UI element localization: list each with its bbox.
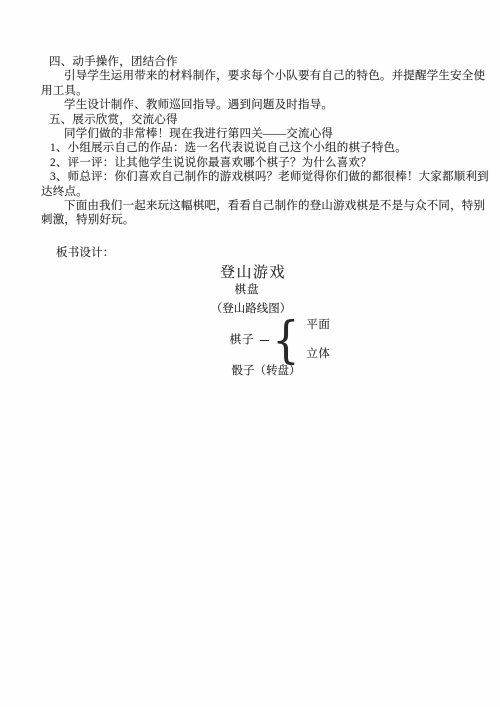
connector-line (260, 340, 269, 341)
numbered-item-3: 3、师总评：你们喜欢自己制作的游戏棋吗？老师觉得你们做的都很棒！大家都顺利到 (0, 170, 500, 184)
board-design-section: 板书设计： 登山游戏 棋盘 （登山路线图） 棋子 { 平面 立体 骰子（转盘） (0, 246, 500, 378)
board-item-chessboard: 棋盘 (0, 283, 497, 297)
lesson-steps-section: 四、动手操作，团结合作 引导学生运用带来的材料制作，要求每个小队要有自己的特色。… (0, 55, 500, 228)
left-curly-brace-icon: { (272, 318, 299, 362)
board-title: 登山游戏 (3, 264, 500, 282)
piece-option-flat: 平面 (306, 319, 330, 332)
scanned-lesson-plan-page: 四、动手操作，团结合作 引导学生运用带来的材料制作，要求每个小队要有自己的特色。… (0, 0, 500, 707)
piece-option-solid: 立体 (306, 348, 330, 361)
paragraph-guide-materials-wrap: 用工具。 (0, 84, 500, 98)
section-heading-five: 五、展示欣赏，交流心得 (0, 113, 500, 127)
numbered-item-1: 1、小组展示自己的作品：选一名代表说说自己这个小组的棋子特色。 (0, 141, 500, 155)
section-heading-four: 四、动手操作，团结合作 (0, 55, 500, 69)
board-item-route-map: （登山路线图） (1, 302, 500, 316)
paragraph-student-design: 学生设计制作、教师巡回指导。遇到问题及时指导。 (0, 98, 500, 112)
paragraph-play-game-wrap: 刺激，特别好玩。 (0, 213, 500, 227)
chess-piece-brace-diagram: 棋子 { 平面 立体 (230, 318, 331, 362)
paragraph-guide-materials: 引导学生运用带来的材料制作，要求每个小队要有自己的特色。并提醒学生安全使 (0, 69, 500, 83)
numbered-item-2: 2、评一评：让其他学生说说你最喜欢哪个棋子？为什么喜欢？ (0, 156, 500, 170)
piece-options-list: 平面 立体 (306, 319, 330, 361)
numbered-item-3-wrap: 达终点。 (0, 185, 500, 199)
paragraph-play-game: 下面由我们一起来玩这幅棋吧，看看自己制作的登山游戏棋是不是与众不同，特别 (0, 199, 500, 213)
board-design-label: 板书设计： (0, 246, 500, 260)
paragraph-praise: 同学们做的非常棒！现在我进行第四关——交流心得 (0, 127, 500, 141)
board-item-dice-spinner: 骰子（转盘） (232, 364, 301, 378)
piece-label: 棋子 (230, 334, 255, 347)
